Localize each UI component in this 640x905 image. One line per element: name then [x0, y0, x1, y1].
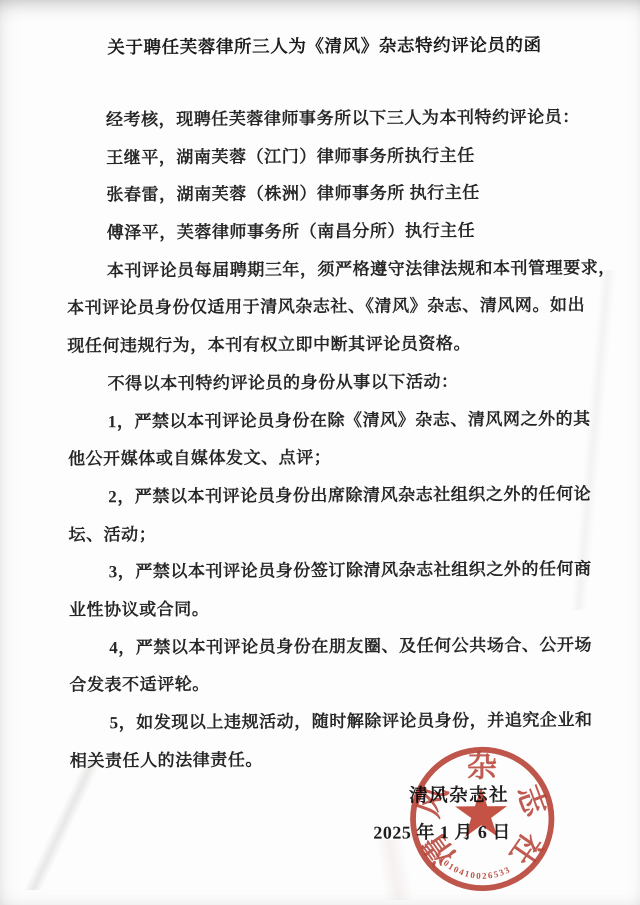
- seal-arc-char: 社: [502, 827, 548, 872]
- document-line: 3，严禁以本刊评论员身份签订除清风杂志社组织之外的任何商: [69, 551, 583, 592]
- document-body: 经考核，现聘任芙蓉律师事务所以下三人为本刊特约评论员： 王继平，湖南芙蓉（江门）…: [66, 98, 584, 780]
- document-line: 傅泽平，芙蓉律师事务所（南昌分所）执行主任: [67, 211, 581, 252]
- seal-arc-char: 杂: [467, 749, 498, 783]
- official-seal-stamp: 清 风 杂 志 社 43010410026533: [396, 734, 569, 905]
- document-line: 1，严禁以本刊评论员身份在除《清风》杂志、清风网之外的其: [68, 400, 582, 441]
- scanned-letter-page: 关于聘任芙蓉律所三人为《清风》杂志特约评论员的函 经考核，现聘任芙蓉律师事务所以…: [0, 0, 640, 905]
- document-line: 不得以本刊特约评论员的身份从事以下活动：: [67, 362, 581, 403]
- document-line: 4，严禁以本刊评论员身份在朋友圈、及任何公共场合、公开场: [69, 626, 583, 667]
- document-line: 他公开媒体或自媒体发文、点评；: [68, 438, 582, 479]
- document-line: 本刊评论员每届聘期三年，须严格遵守法律法规和本刊管理要求，: [67, 249, 581, 290]
- document-content: 关于聘任芙蓉律所三人为《清风》杂志特约评论员的函 经考核，现聘任芙蓉律师事务所以…: [0, 0, 640, 905]
- document-title: 关于聘任芙蓉律所三人为《清风》杂志特约评论员的函: [0, 25, 638, 67]
- document-line: 业性协议或合同。: [69, 588, 583, 629]
- seal-star-icon: [455, 787, 507, 837]
- document-line: 张春雷，湖南芙蓉（株洲）律师事务所 执行主任: [66, 174, 580, 215]
- document-line: 本刊评论员身份仅适用于清风杂志社、《清风》杂志、清风网。如出: [67, 287, 581, 328]
- document-line: 坛、活动；: [68, 513, 582, 554]
- document-line: 经考核，现聘任芙蓉律师事务所以下三人为本刊特约评论员：: [66, 98, 580, 139]
- document-line: 合发表不适评轮。: [69, 664, 583, 705]
- document-line: 2，严禁以本刊评论员身份出席除清风杂志社组织之外的任何论: [68, 475, 582, 516]
- document-line: 现任何违规行为，本刊有权立即中断其评论员资格。: [67, 325, 581, 366]
- document-line: 王继平，湖南芙蓉（江门）律师事务所执行主任: [66, 136, 580, 177]
